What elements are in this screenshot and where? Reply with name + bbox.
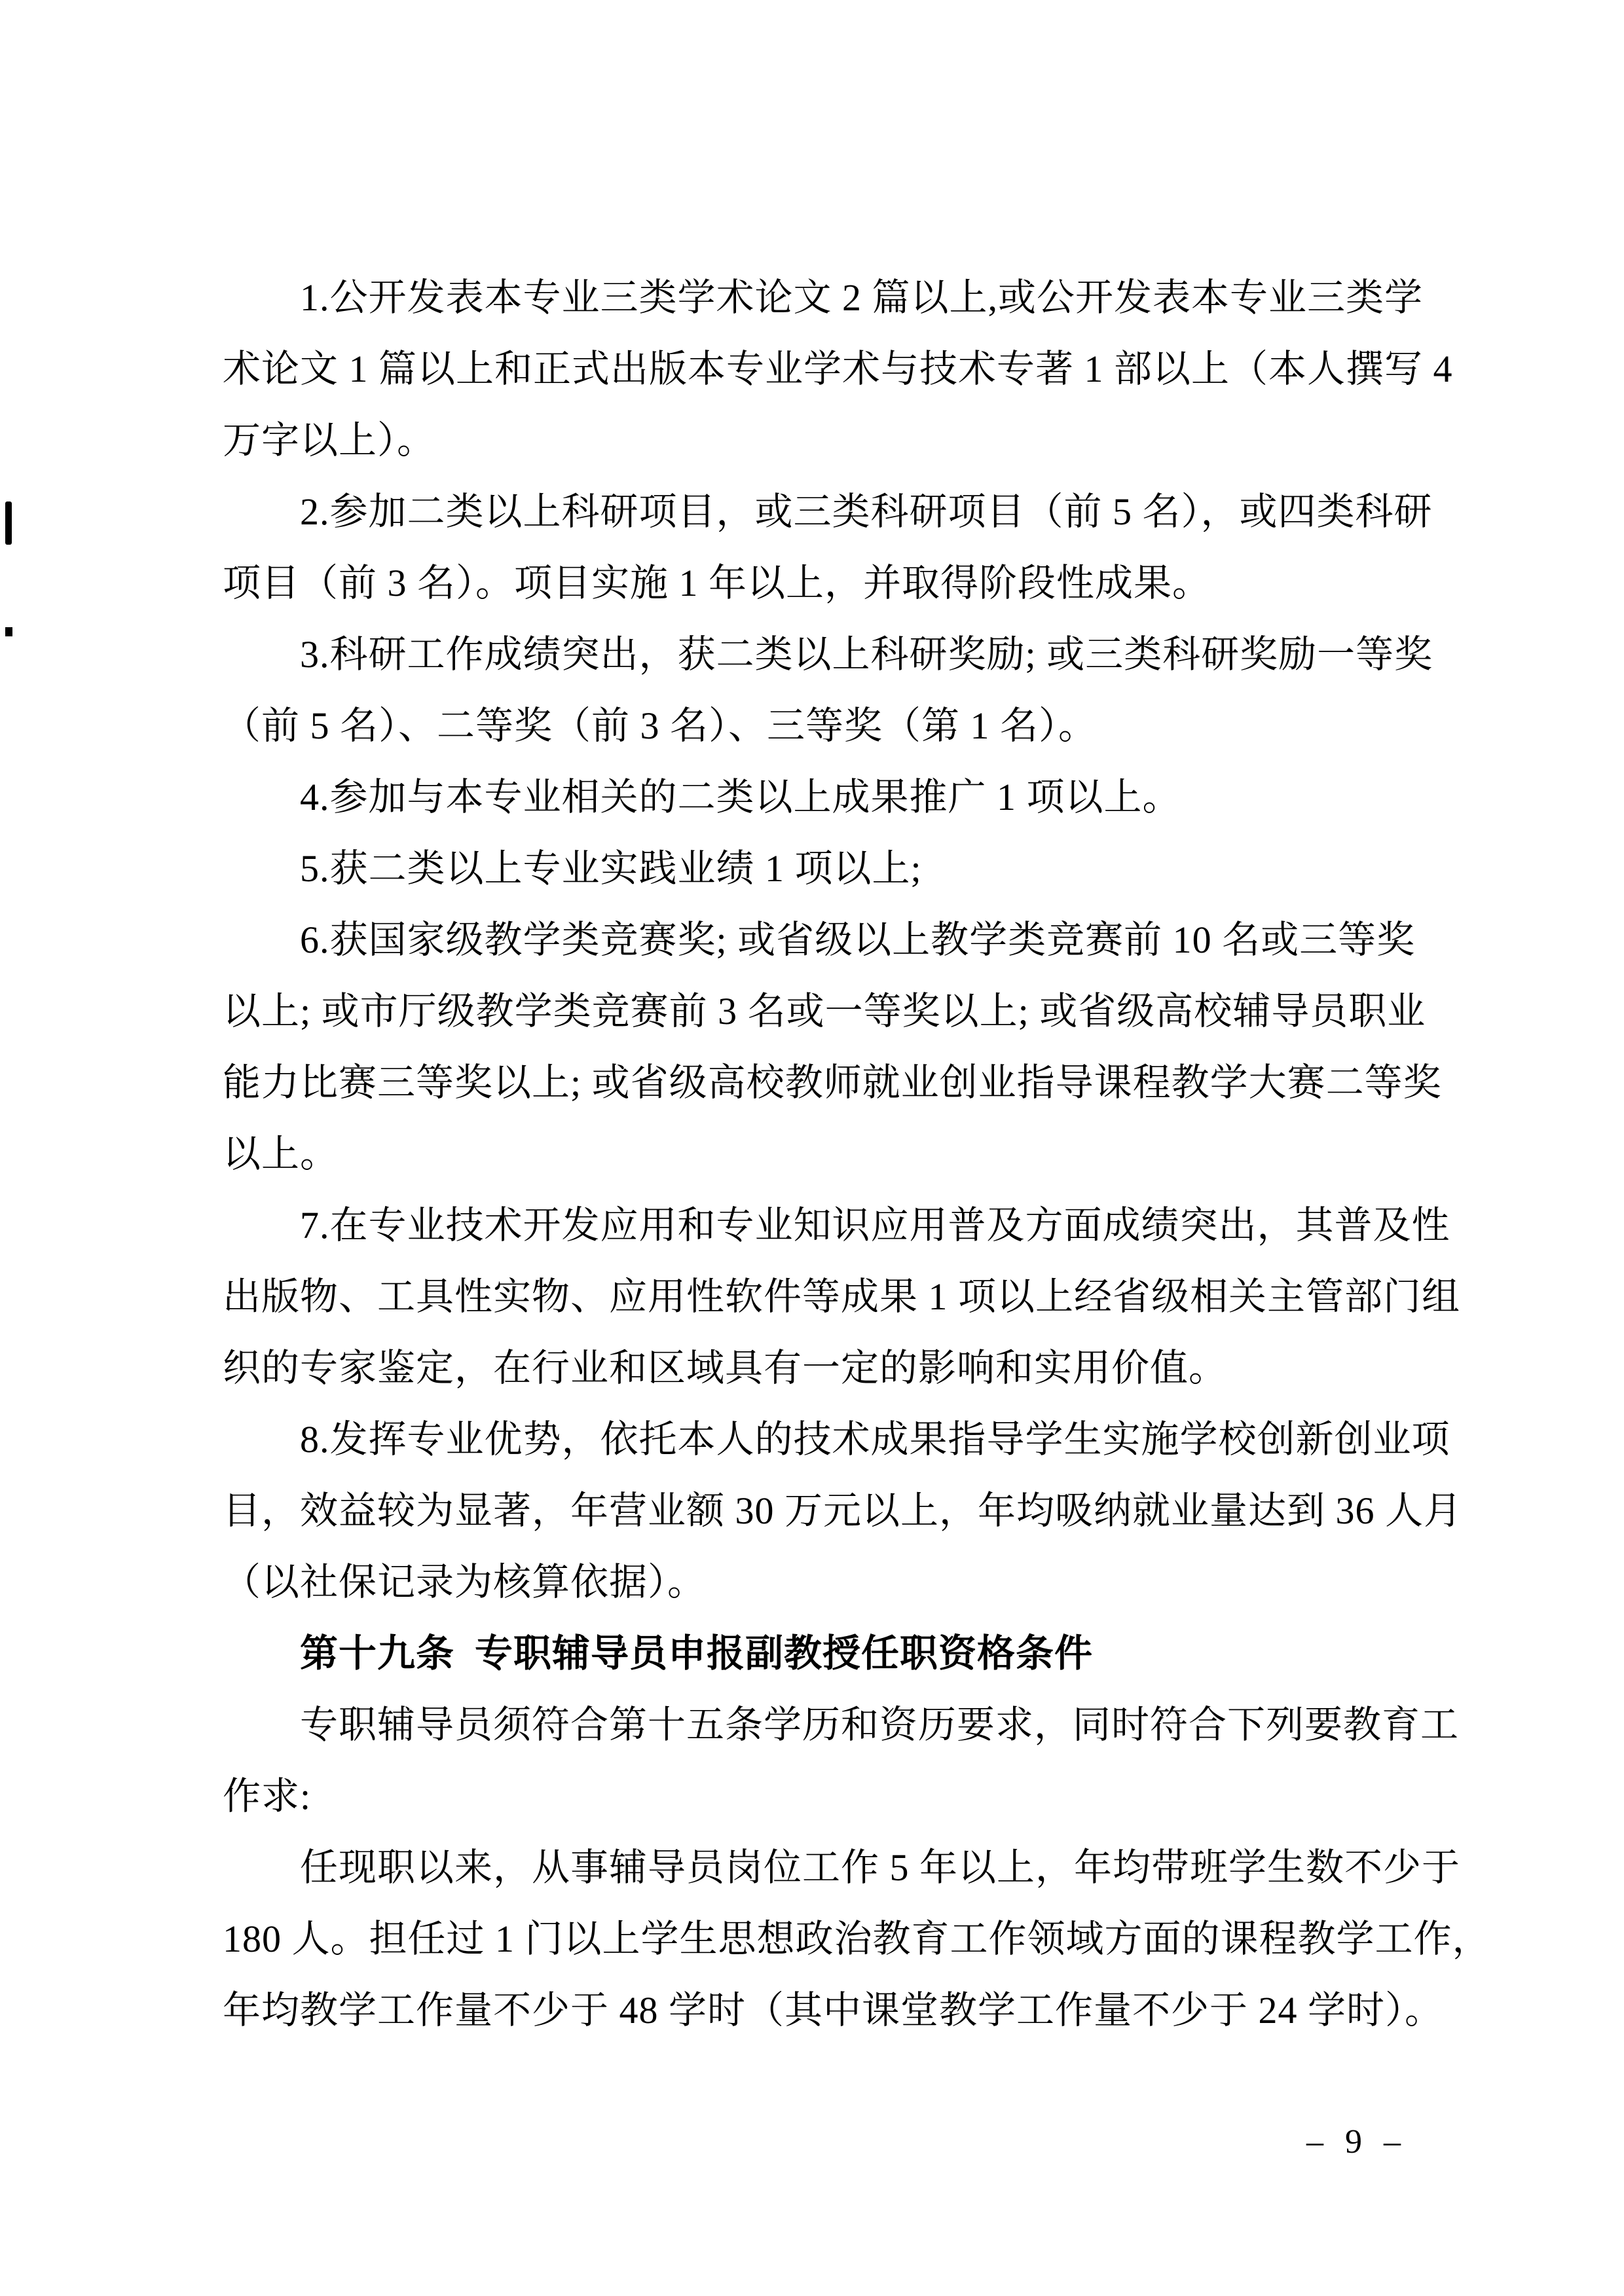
text-line: 5.获二类以上专业实践业绩 1 项以上; [223, 833, 1442, 904]
text-line: 术论文 1 篇以上和正式出版本专业学术与技术专著 1 部以上（本人撰写 4 [223, 333, 1442, 405]
text-line: 目，效益较为显著，年营业额 30 万元以上，年均吸纳就业量达到 36 人月 [223, 1475, 1442, 1546]
text-line: 2.参加二类以上科研项目，或三类科研项目（前 5 名），或四类科研 [223, 476, 1442, 547]
text-line: 能力比赛三等奖以上; 或省级高校教师就业创业指导课程教学大赛二等奖 [223, 1047, 1442, 1118]
scan-artifact-dot [5, 627, 12, 636]
text-line: 以上。 [223, 1118, 1442, 1190]
article-19-heading: 第十九条 专职辅导员申报副教授任职资格条件 [223, 1618, 1442, 1689]
text-line: 出版物、工具性实物、应用性软件等成果 1 项以上经省级相关主管部门组 [223, 1261, 1442, 1332]
text-line: 专职辅导员须符合第十五条学历和资历要求，同时符合下列要教育工 [223, 1689, 1442, 1760]
text-line: （以社保记录为核算依据）。 [223, 1546, 1442, 1618]
text-line: 4.参加与本专业相关的二类以上成果推广 1 项以上。 [223, 761, 1442, 833]
text-line: 3.科研工作成绩突出，获二类以上科研奖励; 或三类科研奖励一等奖 [223, 619, 1442, 690]
text-line: 7.在专业技术开发应用和专业知识应用普及方面成绩突出，其普及性 [223, 1190, 1442, 1261]
text-line: 织的专家鉴定，在行业和区域具有一定的影响和实用价值。 [223, 1332, 1442, 1404]
document-body: 1.公开发表本专业三类学术论文 2 篇以上,或公开发表本专业三类学 术论文 1 … [223, 262, 1442, 2046]
text-line: 年均教学工作量不少于 48 学时（其中课堂教学工作量不少于 24 学时）。 [223, 1975, 1442, 2046]
text-line: 1.公开发表本专业三类学术论文 2 篇以上,或公开发表本专业三类学 [223, 262, 1442, 333]
text-line: 6.获国家级教学类竞赛奖; 或省级以上教学类竞赛前 10 名或三等奖 [223, 904, 1442, 975]
scan-artifact-bar [5, 501, 12, 545]
text-line: 万字以上）。 [223, 405, 1442, 476]
text-line: 以上; 或市厅级教学类竞赛前 3 名或一等奖以上; 或省级高校辅导员职业 [223, 975, 1442, 1047]
text-line: （前 5 名）、二等奖（前 3 名）、三等奖（第 1 名）。 [223, 690, 1442, 761]
text-line: 项目（前 3 名）。项目实施 1 年以上，并取得阶段性成果。 [223, 547, 1442, 619]
text-line: 作求: [223, 1760, 1442, 1832]
scanned-document-page: 1.公开发表本专业三类学术论文 2 篇以上,或公开发表本专业三类学 术论文 1 … [0, 0, 1624, 2296]
text-line: 180 人。担任过 1 门以上学生思想政治教育工作领域方面的课程教学工作， [223, 1903, 1442, 1975]
page-number: – 9 – [1306, 2121, 1407, 2163]
text-line: 8.发挥专业优势，依托本人的技术成果指导学生实施学校创新创业项 [223, 1404, 1442, 1475]
text-line: 任现职以来，从事辅导员岗位工作 5 年以上，年均带班学生数不少于 [223, 1832, 1442, 1903]
